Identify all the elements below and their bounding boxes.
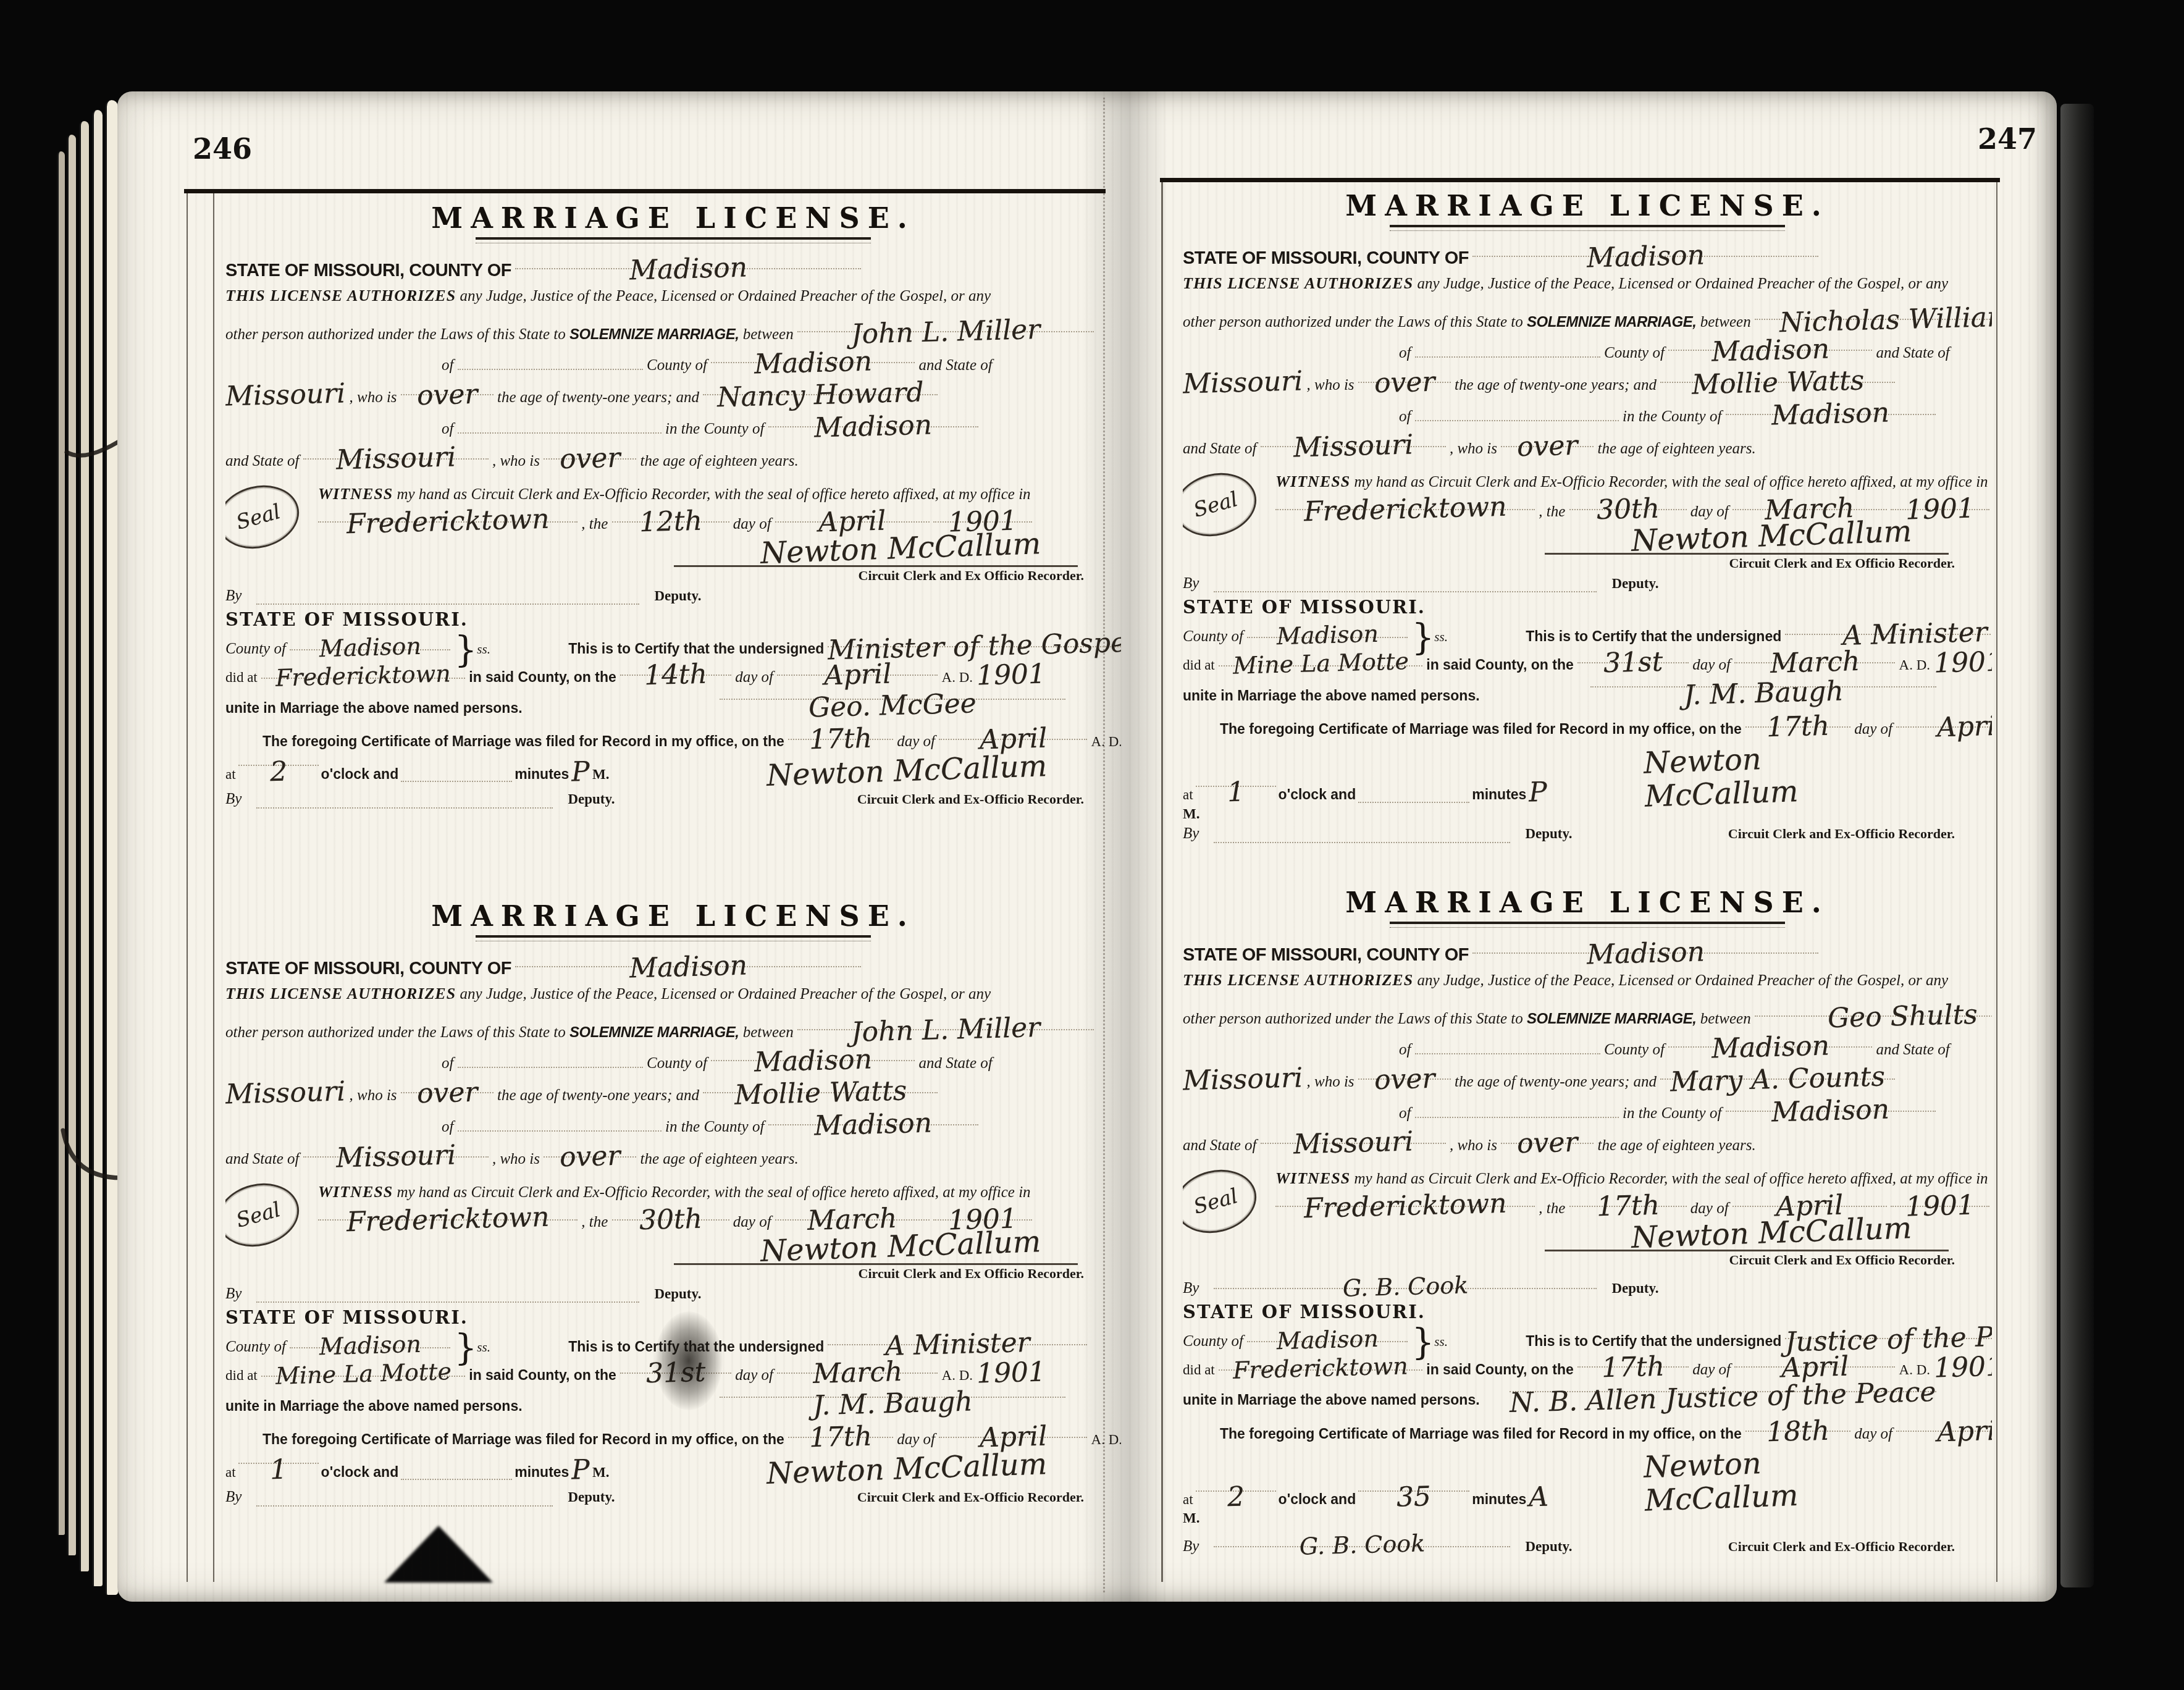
ad-label: A. D.	[942, 670, 973, 685]
filed-meridiem: P	[571, 756, 590, 787]
cert-county-of-label: County of	[1183, 1333, 1243, 1350]
bride-name: Mollie Watts	[734, 1075, 907, 1111]
filed-meridiem: P	[571, 1454, 590, 1485]
groom-name: John L. Miller	[850, 1012, 1041, 1048]
filed-ad-label: A. D.	[1091, 734, 1121, 749]
ss-label: ss.	[1434, 629, 1448, 644]
ss-label: ss.	[477, 1340, 490, 1355]
cert-day: 17th	[1601, 1352, 1665, 1384]
state-county-label: STATE OF MISSOURI, COUNTY OF	[1183, 945, 1469, 965]
cert-day-of-label: day of	[1692, 657, 1731, 673]
over-blank: over	[401, 1076, 493, 1093]
bride-county: Madison	[1771, 398, 1890, 431]
authorizes-rest: any Judge, Justice of the Peace, License…	[460, 288, 991, 305]
cert-month: April	[823, 659, 891, 691]
right-page-frame-line	[1161, 182, 1163, 1582]
cert-county-blank: Madison	[290, 633, 450, 650]
filed-hour-blank: 2	[1196, 1480, 1276, 1492]
cert-county-blank: Madison	[1247, 620, 1408, 637]
cert-state-label: STATE OF MISSOURI.	[1183, 1302, 1992, 1322]
filed-by-label: By	[1183, 1538, 1199, 1555]
between-label: between	[743, 326, 794, 343]
cert-month-blank: March	[1734, 645, 1895, 663]
right-page-top-rule	[1160, 178, 2000, 182]
the-label: , the	[1539, 1200, 1565, 1217]
authorizes-rest: any Judge, Justice of the Peace, License…	[1417, 972, 1948, 989]
county-handwritten: Madison	[629, 950, 747, 983]
over-blank-2: over	[544, 1140, 636, 1157]
book-page-edge	[79, 121, 89, 1571]
license-page246-top: MARRIAGE LICENSE. STATE OF MISSOURI, COU…	[225, 203, 1121, 896]
oclock-label: o'clock and	[1279, 1491, 1356, 1507]
the-label: , the	[581, 1214, 608, 1230]
bride-county-blank: Madison	[768, 410, 978, 427]
groom-blank: Nicholas Williams	[1755, 303, 1992, 320]
clerk-caption: Circuit Clerk and Ex Officio Recorder.	[318, 1266, 1121, 1282]
county-of-label: County of	[647, 357, 707, 374]
clerk-caption: Circuit Clerk and Ex Officio Recorder.	[318, 568, 1121, 584]
bride-name: Mollie Watts	[1691, 365, 1865, 400]
and-state-of-label-2: and State of	[225, 1151, 299, 1167]
oclock-label: o'clock and	[321, 766, 399, 782]
filed-clerk-signature: Newton McCallum	[1644, 1442, 1919, 1518]
right-page-number: 247	[1978, 122, 2037, 156]
filed-day: 17th	[1766, 711, 1829, 743]
cert-county-of-label: County of	[225, 641, 286, 657]
witness-month-blank: April	[1732, 1189, 1887, 1206]
and-state-of-label: and State of	[1876, 1041, 1949, 1058]
scan-artifact-triangle	[384, 1526, 493, 1583]
of-label-2: of	[442, 1119, 453, 1135]
form-title: MARRIAGE LICENSE.	[225, 901, 1121, 933]
ad-label: A. D.	[942, 1368, 973, 1383]
bride-over: over	[559, 1141, 621, 1173]
bride-blank: Nancy Howard	[703, 378, 938, 395]
cert-state-label: STATE OF MISSOURI.	[225, 610, 1121, 629]
m-label: M.	[592, 767, 609, 782]
bride-state-blank: Missouri	[303, 442, 489, 459]
filed-day-blank: 18th	[1745, 1415, 1850, 1432]
form-title: MARRIAGE LICENSE.	[225, 203, 1121, 235]
groom-county-blank: Madison	[711, 1044, 915, 1061]
who-is-label: , who is	[1306, 377, 1354, 393]
officiant-blank: N. B. Allen Justice of the Peace	[1510, 1381, 1936, 1392]
filed-deputy-label: Deputy.	[568, 1489, 615, 1505]
record-book-spread: 246 247 MARRIAGE LICENSE. STATE OF MISSO…	[117, 91, 2057, 1602]
over-blank-2: over	[544, 442, 636, 459]
cert-year: 1901	[1934, 1352, 1992, 1384]
title-ornament	[476, 237, 871, 243]
cert-place-blank: Fredericktown	[1219, 1353, 1422, 1371]
and-state-of-label: and State of	[918, 357, 992, 374]
filed-minutes-blank	[401, 771, 512, 783]
license-form: MARRIAGE LICENSE. STATE OF MISSOURI, COU…	[1183, 190, 1992, 843]
cert-month-blank: March	[777, 1356, 938, 1373]
authorized-under: other person authorized under the Laws o…	[1183, 1011, 1523, 1027]
filed-clerk-caption: Circuit Clerk and Ex-Officio Recorder.	[857, 792, 1084, 807]
filed-deputy-label: Deputy.	[568, 791, 615, 807]
book-page-edge	[105, 100, 118, 1595]
bride-state: Missouri	[1293, 430, 1413, 463]
witness-day: 17th	[1596, 1190, 1660, 1222]
left-page-frame-line	[213, 193, 214, 1582]
book-page-edge	[92, 110, 103, 1586]
county-of-label: County of	[1604, 1041, 1665, 1058]
solemnize-label: SOLEMNIZE MARRIAGE,	[1527, 1011, 1697, 1027]
authorized-under: other person authorized under the Laws o…	[225, 1024, 566, 1041]
filed-month: April	[1936, 1416, 1992, 1448]
who-is-label-2: , who is	[1450, 1137, 1497, 1154]
clerk-signature: Newton McCallum	[1631, 515, 1912, 558]
license-page246-bottom: MARRIAGE LICENSE. STATE OF MISSOURI, COU…	[225, 901, 1121, 1580]
filed-section: The foregoing Certificate of Marriage wa…	[1183, 1415, 1992, 1555]
bride-county: Madison	[814, 1108, 933, 1141]
seal-script: Seal	[1191, 488, 1240, 522]
residence-blank-2	[458, 1114, 661, 1132]
filed-meridiem: P	[1529, 777, 1548, 808]
cert-month-blank: April	[777, 658, 938, 675]
bride-state: Missouri	[335, 1140, 456, 1174]
groom-state: Missouri	[225, 378, 346, 411]
deputy-blank	[1214, 575, 1597, 592]
residence-blank	[1415, 340, 1600, 358]
did-at-label: did at	[225, 670, 258, 685]
in-said-county-label: in said County, on the	[469, 669, 616, 685]
officiant-signature: J. M. Baugh	[812, 1386, 973, 1421]
bride-state-blank: Missouri	[1261, 429, 1446, 447]
left-page-number: 246	[193, 132, 252, 166]
clerk-seal: Seal	[1183, 465, 1263, 545]
cert-place: Mine La Motte	[1232, 649, 1409, 679]
of-label-2: of	[442, 421, 453, 437]
by-label: By	[1183, 1280, 1199, 1297]
minutes-label: minutes	[1472, 1491, 1526, 1507]
groom-over: over	[416, 1077, 478, 1109]
at-label: at	[1183, 787, 1193, 802]
filed-day: 17th	[808, 723, 872, 755]
bride-state: Missouri	[335, 442, 456, 476]
filed-deputy-signature: G. B. Cook	[1299, 1530, 1425, 1560]
cert-place: Mine La Motte	[275, 1359, 451, 1390]
state-county-label: STATE OF MISSOURI, COUNTY OF	[1183, 248, 1469, 268]
book-page-edge	[67, 135, 76, 1555]
who-is-label-2: , who is	[492, 453, 540, 469]
title-ornament	[476, 935, 871, 941]
certify-label: This is to Certify that the undersigned	[1526, 1333, 1781, 1349]
filed-meridiem: A	[1529, 1482, 1549, 1513]
between-label: between	[743, 1024, 794, 1041]
filed-by-label: By	[225, 791, 241, 808]
of-label: of	[1399, 345, 1411, 361]
who-is-label-2: , who is	[492, 1151, 540, 1167]
witness-place-blank: Fredericktown	[1275, 1189, 1535, 1206]
filed-day-of-label: day of	[897, 733, 935, 750]
filed-month-blank: April	[939, 1420, 1087, 1437]
certificate-section: STATE OF MISSOURI. County of Madison }ss…	[1183, 1302, 1992, 1408]
filed-day-blank: 17th	[788, 1420, 893, 1437]
solemnize-label: SOLEMNIZE MARRIAGE,	[569, 1024, 739, 1041]
filed-clerk-caption: Circuit Clerk and Ex-Officio Recorder.	[1728, 826, 1955, 842]
unite-label: unite in Marriage the above named person…	[225, 1398, 523, 1415]
filed-hour-blank: 1	[1196, 775, 1276, 787]
deputy-label: Deputy.	[1611, 1280, 1658, 1297]
the-label: , the	[1539, 503, 1565, 520]
seal-script: Seal	[1191, 1185, 1240, 1219]
filed-deputy-blank: G. B. Cook	[1214, 1530, 1510, 1547]
filed-hour: 2	[269, 756, 287, 787]
cert-county-of-label: County of	[225, 1339, 286, 1355]
clerk-signature: Newton McCallum	[760, 1225, 1041, 1269]
filed-day-blank: 17th	[788, 722, 893, 739]
ink-smudge	[655, 1311, 723, 1410]
bride-county-blank: Madison	[1726, 1094, 1936, 1111]
filed-minutes: 35	[1396, 1481, 1432, 1513]
witness-place-blank: Fredericktown	[318, 505, 577, 522]
witness-day-blank: 12th	[612, 505, 729, 522]
certificate-section: STATE OF MISSOURI. County of Madison }ss…	[225, 610, 1121, 716]
authorizes-rest: any Judge, Justice of the Peace, License…	[460, 986, 991, 1003]
cert-day-of-label: day of	[735, 669, 773, 686]
license-page247-top: MARRIAGE LICENSE. STATE OF MISSOURI, COU…	[1183, 190, 1992, 883]
unite-label: unite in Marriage the above named person…	[1183, 1392, 1480, 1408]
and-state-of-label-2: and State of	[1183, 1137, 1256, 1154]
day-of-label: day of	[1690, 503, 1729, 520]
bride-state-blank: Missouri	[1261, 1126, 1446, 1143]
ss-label: ss.	[477, 642, 490, 657]
age21-label: the age of twenty-one years; and	[1455, 1074, 1657, 1090]
cert-day-of-label: day of	[1692, 1361, 1731, 1378]
right-page-frame-line	[1996, 182, 1997, 1582]
oclock-label: o'clock and	[1279, 786, 1356, 802]
witness-deputy-signature: G. B. Cook	[1342, 1272, 1468, 1301]
county-blank: Madison	[1472, 240, 1818, 257]
witness-year-blank: 1901	[933, 505, 1032, 522]
filed-deputy-blank	[256, 791, 553, 808]
filed-ad-label: A. D.	[1091, 1432, 1121, 1447]
filed-month-blank: April	[1896, 710, 1992, 727]
day-of-label: day of	[733, 516, 771, 532]
witness-rest: my hand as Circuit Clerk and Ex-Officio …	[1354, 1171, 1988, 1187]
witness-month-blank: March	[1732, 492, 1887, 510]
cert-month: March	[1770, 646, 1860, 679]
over-blank: over	[401, 378, 493, 395]
cert-place-blank: Fredericktown	[261, 661, 465, 678]
form-title: MARRIAGE LICENSE.	[1183, 887, 1992, 919]
filed-section: The foregoing Certificate of Marriage wa…	[225, 722, 1121, 808]
license-page247-bottom: MARRIAGE LICENSE. STATE OF MISSOURI, COU…	[1183, 887, 1992, 1582]
witness-year: 1901	[1905, 1190, 1975, 1222]
bride-blank: Mollie Watts	[1660, 366, 1895, 383]
m-label: M.	[1183, 806, 1199, 822]
witness-section: Seal WITNESS my hand as Circuit Clerk an…	[1183, 1169, 1992, 1297]
witness-section: Seal WITNESS my hand as Circuit Clerk an…	[225, 485, 1121, 605]
undersigned-blank: A Minister	[1785, 617, 1992, 634]
certify-label: This is to Certify that the undersigned	[1526, 628, 1781, 644]
solemnize-label: SOLEMNIZE MARRIAGE,	[1527, 314, 1697, 330]
ad-label: A. D.	[1899, 657, 1930, 673]
by-label: By	[225, 587, 241, 605]
and-state-of-label: and State of	[1876, 345, 1949, 361]
in-county-of-label: in the County of	[665, 421, 764, 437]
residence-blank	[458, 353, 643, 370]
age21-label: the age of twenty-one years; and	[497, 389, 699, 406]
ad-label: A. D.	[1899, 1362, 1930, 1377]
residence-blank-2	[1415, 1101, 1619, 1118]
book-binding-edge	[2060, 104, 2094, 1587]
filed-label: The foregoing Certificate of Marriage wa…	[1220, 721, 1742, 737]
and-state-of-label-2: and State of	[1183, 440, 1256, 457]
groom-state: Missouri	[1183, 366, 1303, 399]
filed-clerk-signature: Newton McCallum	[766, 750, 1048, 793]
unite-label: unite in Marriage the above named person…	[1183, 688, 1480, 704]
title-ornament	[1390, 225, 1785, 231]
unite-label: unite in Marriage the above named person…	[225, 700, 523, 717]
residence-blank-2	[458, 416, 661, 434]
witness-place: Fredericktown	[1303, 492, 1507, 528]
witness-rest: my hand as Circuit Clerk and Ex-Officio …	[397, 486, 1030, 503]
of-label: of	[442, 357, 453, 374]
filed-month-blank: April	[1896, 1415, 1992, 1432]
county-of-label: County of	[1604, 345, 1665, 361]
cert-county-blank: Madison	[1247, 1325, 1408, 1342]
and-state-of-label: and State of	[918, 1055, 992, 1072]
between-label: between	[1700, 1011, 1751, 1027]
left-page-top-rule	[184, 189, 1106, 193]
cert-month: March	[812, 1356, 903, 1389]
filed-by-label: By	[225, 1489, 241, 1506]
deputy-blank	[256, 1285, 639, 1303]
by-label: By	[1183, 575, 1199, 592]
witness-day-blank: 30th	[612, 1203, 729, 1220]
witness-year-blank: 1901	[1891, 1189, 1989, 1206]
at-label: at	[225, 1465, 236, 1480]
undersigned-blank: Justice of the Peace	[1785, 1322, 1992, 1339]
filed-month: April	[1936, 711, 1992, 743]
filed-label: The foregoing Certificate of Marriage wa…	[1220, 1426, 1742, 1442]
who-is-label: , who is	[1306, 1074, 1354, 1090]
over-blank-2: over	[1501, 429, 1594, 447]
groom-over: over	[1374, 1064, 1435, 1096]
residence-blank	[1415, 1037, 1600, 1054]
witness-year-blank: 1901	[1891, 492, 1989, 510]
of-label: of	[442, 1055, 453, 1072]
witness-section: Seal WITNESS my hand as Circuit Clerk an…	[1183, 473, 1992, 592]
cert-year: 1901	[1934, 647, 1992, 679]
age21-label: the age of twenty-one years; and	[497, 1087, 699, 1104]
witness-section: Seal WITNESS my hand as Circuit Clerk an…	[225, 1183, 1121, 1303]
groom-state: Missouri	[1183, 1062, 1303, 1096]
groom-county: Madison	[754, 1044, 872, 1077]
county-handwritten: Madison	[629, 252, 747, 285]
filed-minutes-blank	[401, 1469, 512, 1481]
residence-blank-2	[1415, 404, 1619, 421]
filed-hour: 2	[1227, 1482, 1245, 1513]
state-county-label: STATE OF MISSOURI, COUNTY OF	[225, 261, 511, 280]
undersigned-blank: A Minister	[828, 1327, 1087, 1345]
groom-blank: Geo Shults	[1755, 999, 1992, 1017]
filed-day: 18th	[1766, 1416, 1829, 1448]
groom-over: over	[1374, 367, 1435, 399]
deputy-blank	[256, 587, 639, 605]
bride-over: over	[1516, 1127, 1578, 1159]
filed-day: 17th	[808, 1421, 872, 1453]
state-county-label: STATE OF MISSOURI, COUNTY OF	[225, 959, 511, 978]
filed-clerk-caption: Circuit Clerk and Ex-Officio Recorder.	[1728, 1539, 1955, 1555]
filed-day-of-label: day of	[1854, 721, 1892, 738]
bride-state: Missouri	[1293, 1127, 1413, 1160]
license-form: MARRIAGE LICENSE. STATE OF MISSOURI, COU…	[225, 901, 1121, 1507]
form-title: MARRIAGE LICENSE.	[1183, 190, 1992, 222]
filed-day-blank: 17th	[1745, 710, 1850, 727]
of-label-2: of	[1399, 1105, 1411, 1122]
book-page-edge	[57, 151, 65, 1535]
the-label: , the	[581, 516, 608, 532]
filed-deputy-blank	[1214, 825, 1510, 843]
bride-blank: Mollie Watts	[703, 1076, 938, 1093]
filed-deputy-blank	[256, 1489, 553, 1506]
witness-bold: WITNESS	[318, 485, 393, 503]
age18-label: the age of eighteen years.	[640, 1151, 799, 1167]
age18-label: the age of eighteen years.	[640, 453, 799, 469]
filed-day-of-label: day of	[897, 1431, 935, 1448]
m-label: M.	[1183, 1510, 1199, 1526]
cert-day-of-label: day of	[735, 1367, 773, 1384]
cert-place: Fredericktown	[275, 661, 451, 692]
minutes-label: minutes	[1472, 786, 1526, 802]
groom-name: Geo Shults	[1828, 999, 1978, 1034]
filed-section: The foregoing Certificate of Marriage wa…	[225, 1420, 1121, 1506]
did-at-label: did at	[225, 1368, 258, 1383]
groom-county-blank: Madison	[711, 346, 915, 363]
of-label: of	[1399, 1041, 1411, 1058]
deputy-label: Deputy.	[1611, 576, 1658, 592]
who-is-label: , who is	[349, 1087, 397, 1104]
over-blank: over	[1358, 366, 1451, 383]
cert-day: 31st	[1603, 647, 1663, 679]
deputy-blank: G. B. Cook	[1214, 1272, 1597, 1289]
filed-hour-blank: 2	[238, 755, 319, 767]
bride-over: over	[559, 443, 621, 475]
witness-month-blank: March	[775, 1203, 930, 1220]
cert-day-blank: 17th	[1577, 1350, 1689, 1368]
witness-month-blank: April	[775, 505, 930, 522]
witness-bold: WITNESS	[1275, 473, 1350, 490]
groom-county: Madison	[754, 346, 872, 379]
in-county-of-label: in the County of	[1623, 408, 1721, 425]
officiant-signature: J. M. Baugh	[1683, 676, 1844, 710]
deputy-label: Deputy.	[654, 1286, 701, 1302]
over-blank: over	[1358, 1062, 1451, 1080]
authorizes-bold: THIS LICENSE AUTHORIZES	[1183, 274, 1413, 292]
left-page-frame-line	[187, 193, 188, 1582]
in-said-county-label: in said County, on the	[469, 1367, 616, 1383]
witness-day-blank: 17th	[1569, 1189, 1687, 1206]
witness-rest: my hand as Circuit Clerk and Ex-Officio …	[1354, 474, 1988, 490]
officiant-signature: N. B. Allen Justice of the Peace	[1510, 1377, 1937, 1418]
in-county-of-label: in the County of	[665, 1119, 764, 1135]
filed-minutes-blank	[1358, 791, 1469, 803]
did-at-label: did at	[1183, 1362, 1215, 1377]
cert-state-label: STATE OF MISSOURI.	[1183, 597, 1992, 617]
filed-clerk-caption: Circuit Clerk and Ex-Officio Recorder.	[857, 1490, 1084, 1505]
witness-place: Fredericktown	[1303, 1188, 1507, 1224]
filed-by-label: By	[1183, 825, 1199, 843]
witness-place: Fredericktown	[346, 1202, 550, 1238]
filed-label: The foregoing Certificate of Marriage wa…	[262, 1431, 784, 1447]
in-said-county-label: in said County, on the	[1426, 1361, 1574, 1377]
seal-script: Seal	[233, 500, 283, 534]
authorizes-bold: THIS LICENSE AUTHORIZES	[1183, 971, 1413, 989]
